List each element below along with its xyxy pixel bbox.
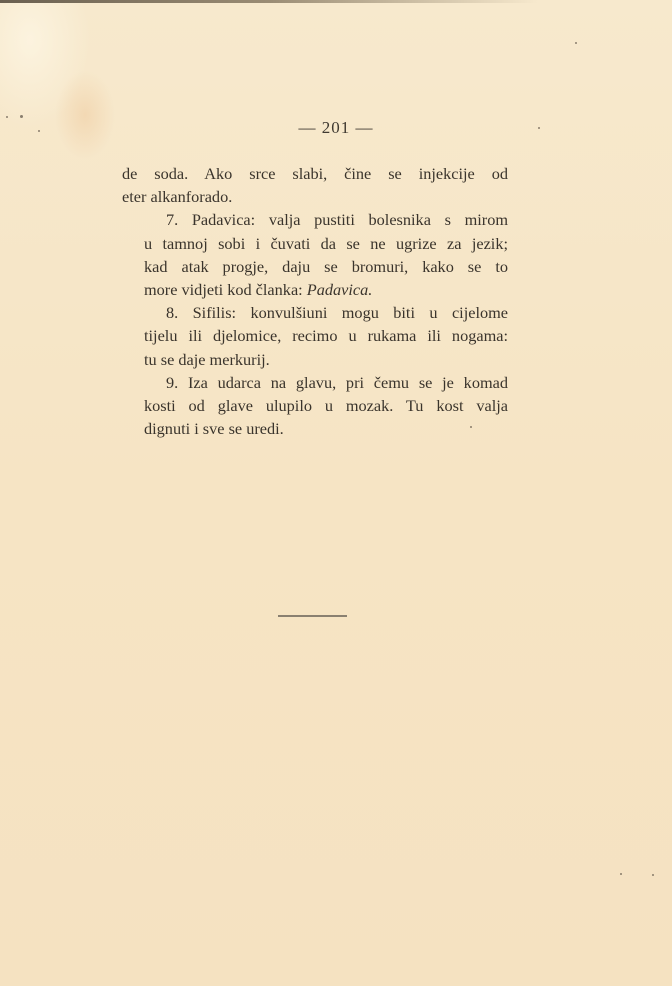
paper-speck: [538, 127, 540, 129]
paper-speck: [652, 874, 654, 876]
text-line: kad atak progje, daju se bromuri, kako s…: [122, 255, 508, 278]
paper-speck: [575, 42, 577, 44]
text-line: kosti od glave ulupilo u mozak. Tu kost …: [122, 394, 508, 417]
text-line: more vidjeti kod članka: Padavica.: [122, 278, 508, 301]
text-line: u tamnoj sobi i čuvati da se ne ugrize z…: [122, 232, 508, 255]
paper-speck: [470, 426, 472, 428]
cross-reference: Padavica.: [307, 280, 373, 299]
text-line: tu se daje merkurij.: [122, 348, 508, 371]
paragraph-item-8: 8. Sifilis: konvulšiuni mogu biti u cije…: [122, 301, 508, 371]
paper-speck: [20, 115, 23, 118]
paragraph-item-7: 7. Padavica: valja pustiti bolesnika s m…: [122, 208, 508, 301]
paper-speck: [38, 130, 40, 132]
page-top-edge: [0, 0, 672, 3]
paragraph-continuation: de soda. Ako srce slabi, čine se injekci…: [122, 162, 508, 208]
paper-speck: [620, 873, 622, 875]
page-number: — 201 —: [0, 118, 672, 138]
paper-speck: [6, 116, 8, 118]
text-line: tijelu ili djelomice, recimo u rukama il…: [122, 324, 508, 347]
text-line: dignuti i sve se uredi.: [122, 417, 508, 440]
text-line: 7. Padavica: valja pustiti bolesnika s m…: [122, 208, 508, 231]
paragraph-item-9: 9. Iza udarca na glavu, pri čemu se je k…: [122, 371, 508, 441]
text-line: 8. Sifilis: konvulšiuni mogu biti u cije…: [122, 301, 508, 324]
section-end-rule: [278, 615, 347, 617]
text-line: 9. Iza udarca na glavu, pri čemu se je k…: [122, 371, 508, 394]
text-fragment: more vidjeti kod članka:: [144, 280, 307, 299]
body-text: de soda. Ako srce slabi, čine se injekci…: [122, 162, 508, 440]
text-line: de soda. Ako srce slabi, čine se injekci…: [122, 162, 508, 185]
text-line: eter alkanforado.: [122, 185, 508, 208]
